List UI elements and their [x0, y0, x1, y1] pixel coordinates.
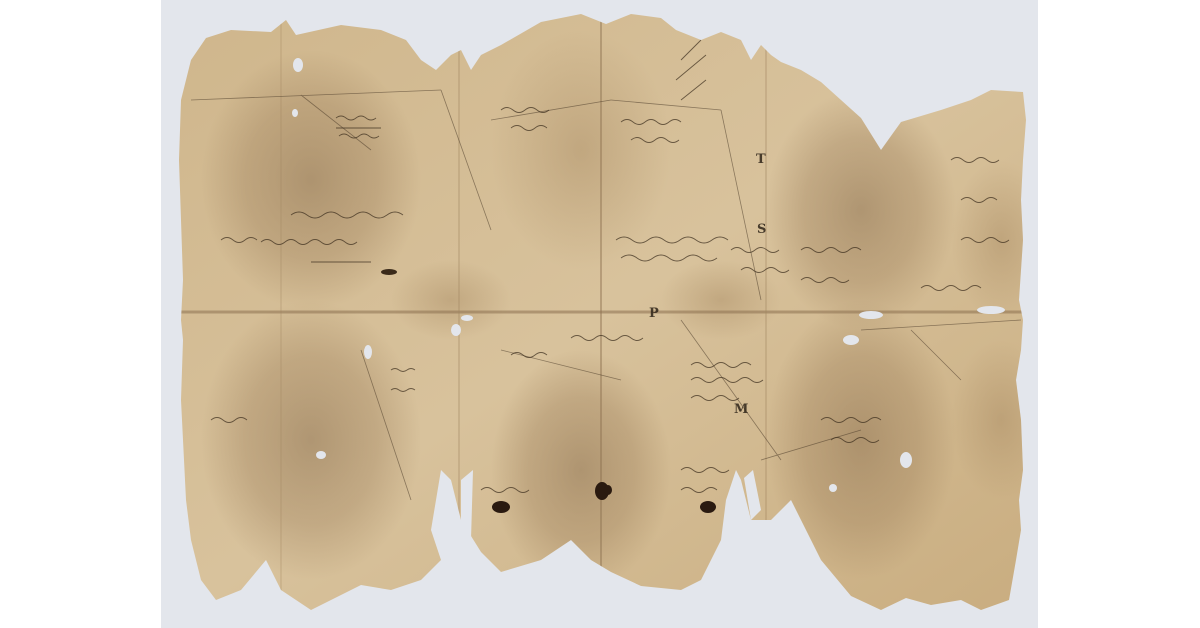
map-label-p: P	[649, 306, 659, 321]
map-label-m: M	[734, 402, 748, 417]
map-label-t: T	[756, 152, 766, 167]
map-label-s: S	[757, 222, 766, 237]
manuscript-paper	[161, 0, 1038, 628]
manuscript-photo: T S P M	[161, 0, 1038, 628]
